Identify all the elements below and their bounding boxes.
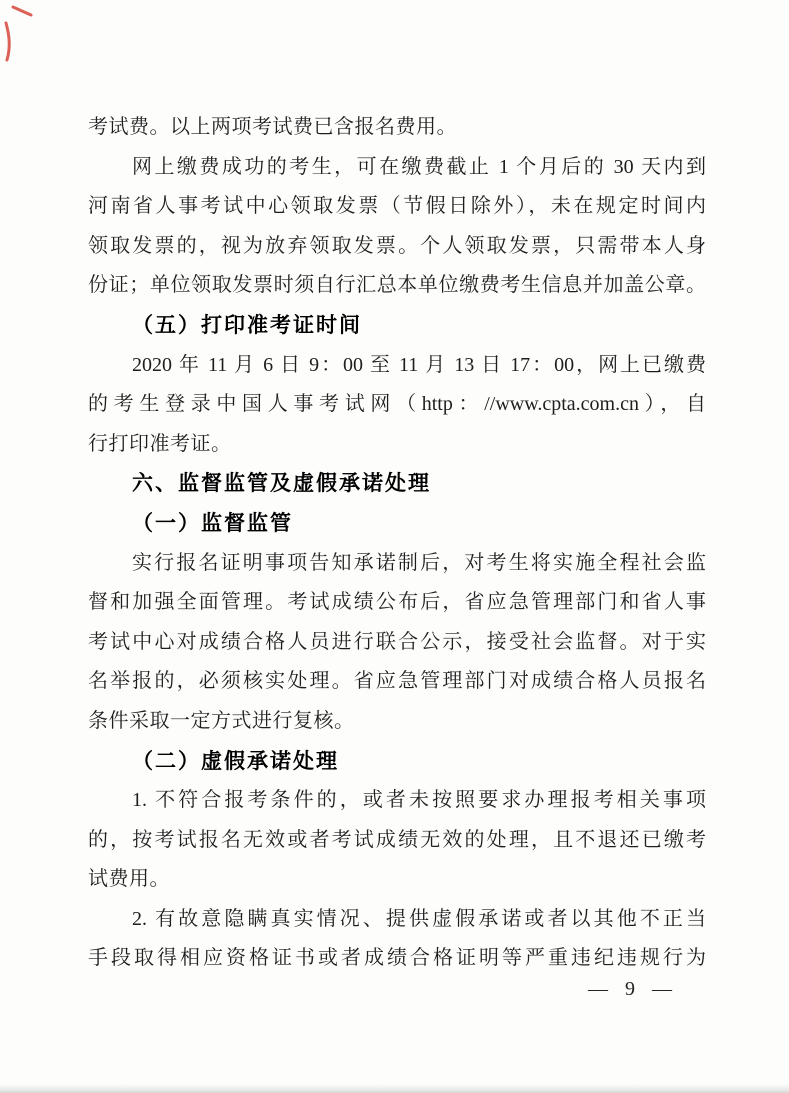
text-line: 名举报的，必须核实处理。省应急管理部门对成绩合格人员报名 bbox=[88, 662, 706, 702]
page-number: — 9 — bbox=[588, 979, 673, 999]
text-line: 手段取得相应资格证书或者成绩合格证明等严重违纪违规行为 bbox=[88, 939, 706, 979]
text-line: 督和加强全面管理。考试成绩公布后，省应急管理部门和省人事 bbox=[88, 583, 706, 623]
text-line: 考试中心对成绩合格人员进行联合公示，接受社会监督。对于实 bbox=[88, 623, 706, 663]
text-line: 条件采取一定方式进行复核。 bbox=[88, 702, 706, 742]
text-line: 六、监督监管及虚假承诺处理 bbox=[88, 464, 706, 504]
text-line: 的，按考试报名无效或者考试成绩无效的处理，且不退还已缴考 bbox=[88, 821, 706, 861]
text-line: 1. 不符合报考条件的，或者未按照要求办理报考相关事项 bbox=[88, 781, 706, 821]
document-body: 考试费。以上两项考试费已含报名费用。网上缴费成功的考生，可在缴费截止 1 个月后… bbox=[88, 108, 706, 979]
text-line: 网上缴费成功的考生，可在缴费截止 1 个月后的 30 天内到 bbox=[88, 148, 706, 188]
text-line: 行打印准考证。 bbox=[88, 425, 706, 465]
text-line: 2. 有故意隐瞒真实情况、提供虚假承诺或者以其他不正当 bbox=[88, 900, 706, 940]
scan-bottom-shadow bbox=[0, 1084, 789, 1093]
red-pen-mark-icon bbox=[0, 0, 60, 80]
document-page: 考试费。以上两项考试费已含报名费用。网上缴费成功的考生，可在缴费截止 1 个月后… bbox=[0, 0, 789, 1093]
text-line: 2020 年 11 月 6 日 9：00 至 11 月 13 日 17：00，网… bbox=[88, 346, 706, 386]
text-line: 试费用。 bbox=[88, 860, 706, 900]
text-line: 的考生登录中国人事考试网（http：//www.cpta.com.cn），自 bbox=[88, 385, 706, 425]
text-line: 河南省人事考试中心领取发票（节假日除外），未在规定时间内 bbox=[88, 187, 706, 227]
text-line: 份证；单位领取发票时须自行汇总本单位缴费考生信息并加盖公章。 bbox=[88, 266, 706, 306]
text-line: （一）监督监管 bbox=[88, 504, 706, 544]
text-line: 考试费。以上两项考试费已含报名费用。 bbox=[88, 108, 706, 148]
text-line: （二）虚假承诺处理 bbox=[88, 742, 706, 782]
text-line: 实行报名证明事项告知承诺制后，对考生将实施全程社会监 bbox=[88, 544, 706, 584]
text-line: 领取发票的，视为放弃领取发票。个人领取发票，只需带本人身 bbox=[88, 227, 706, 267]
text-line: （五）打印准考证时间 bbox=[88, 306, 706, 346]
